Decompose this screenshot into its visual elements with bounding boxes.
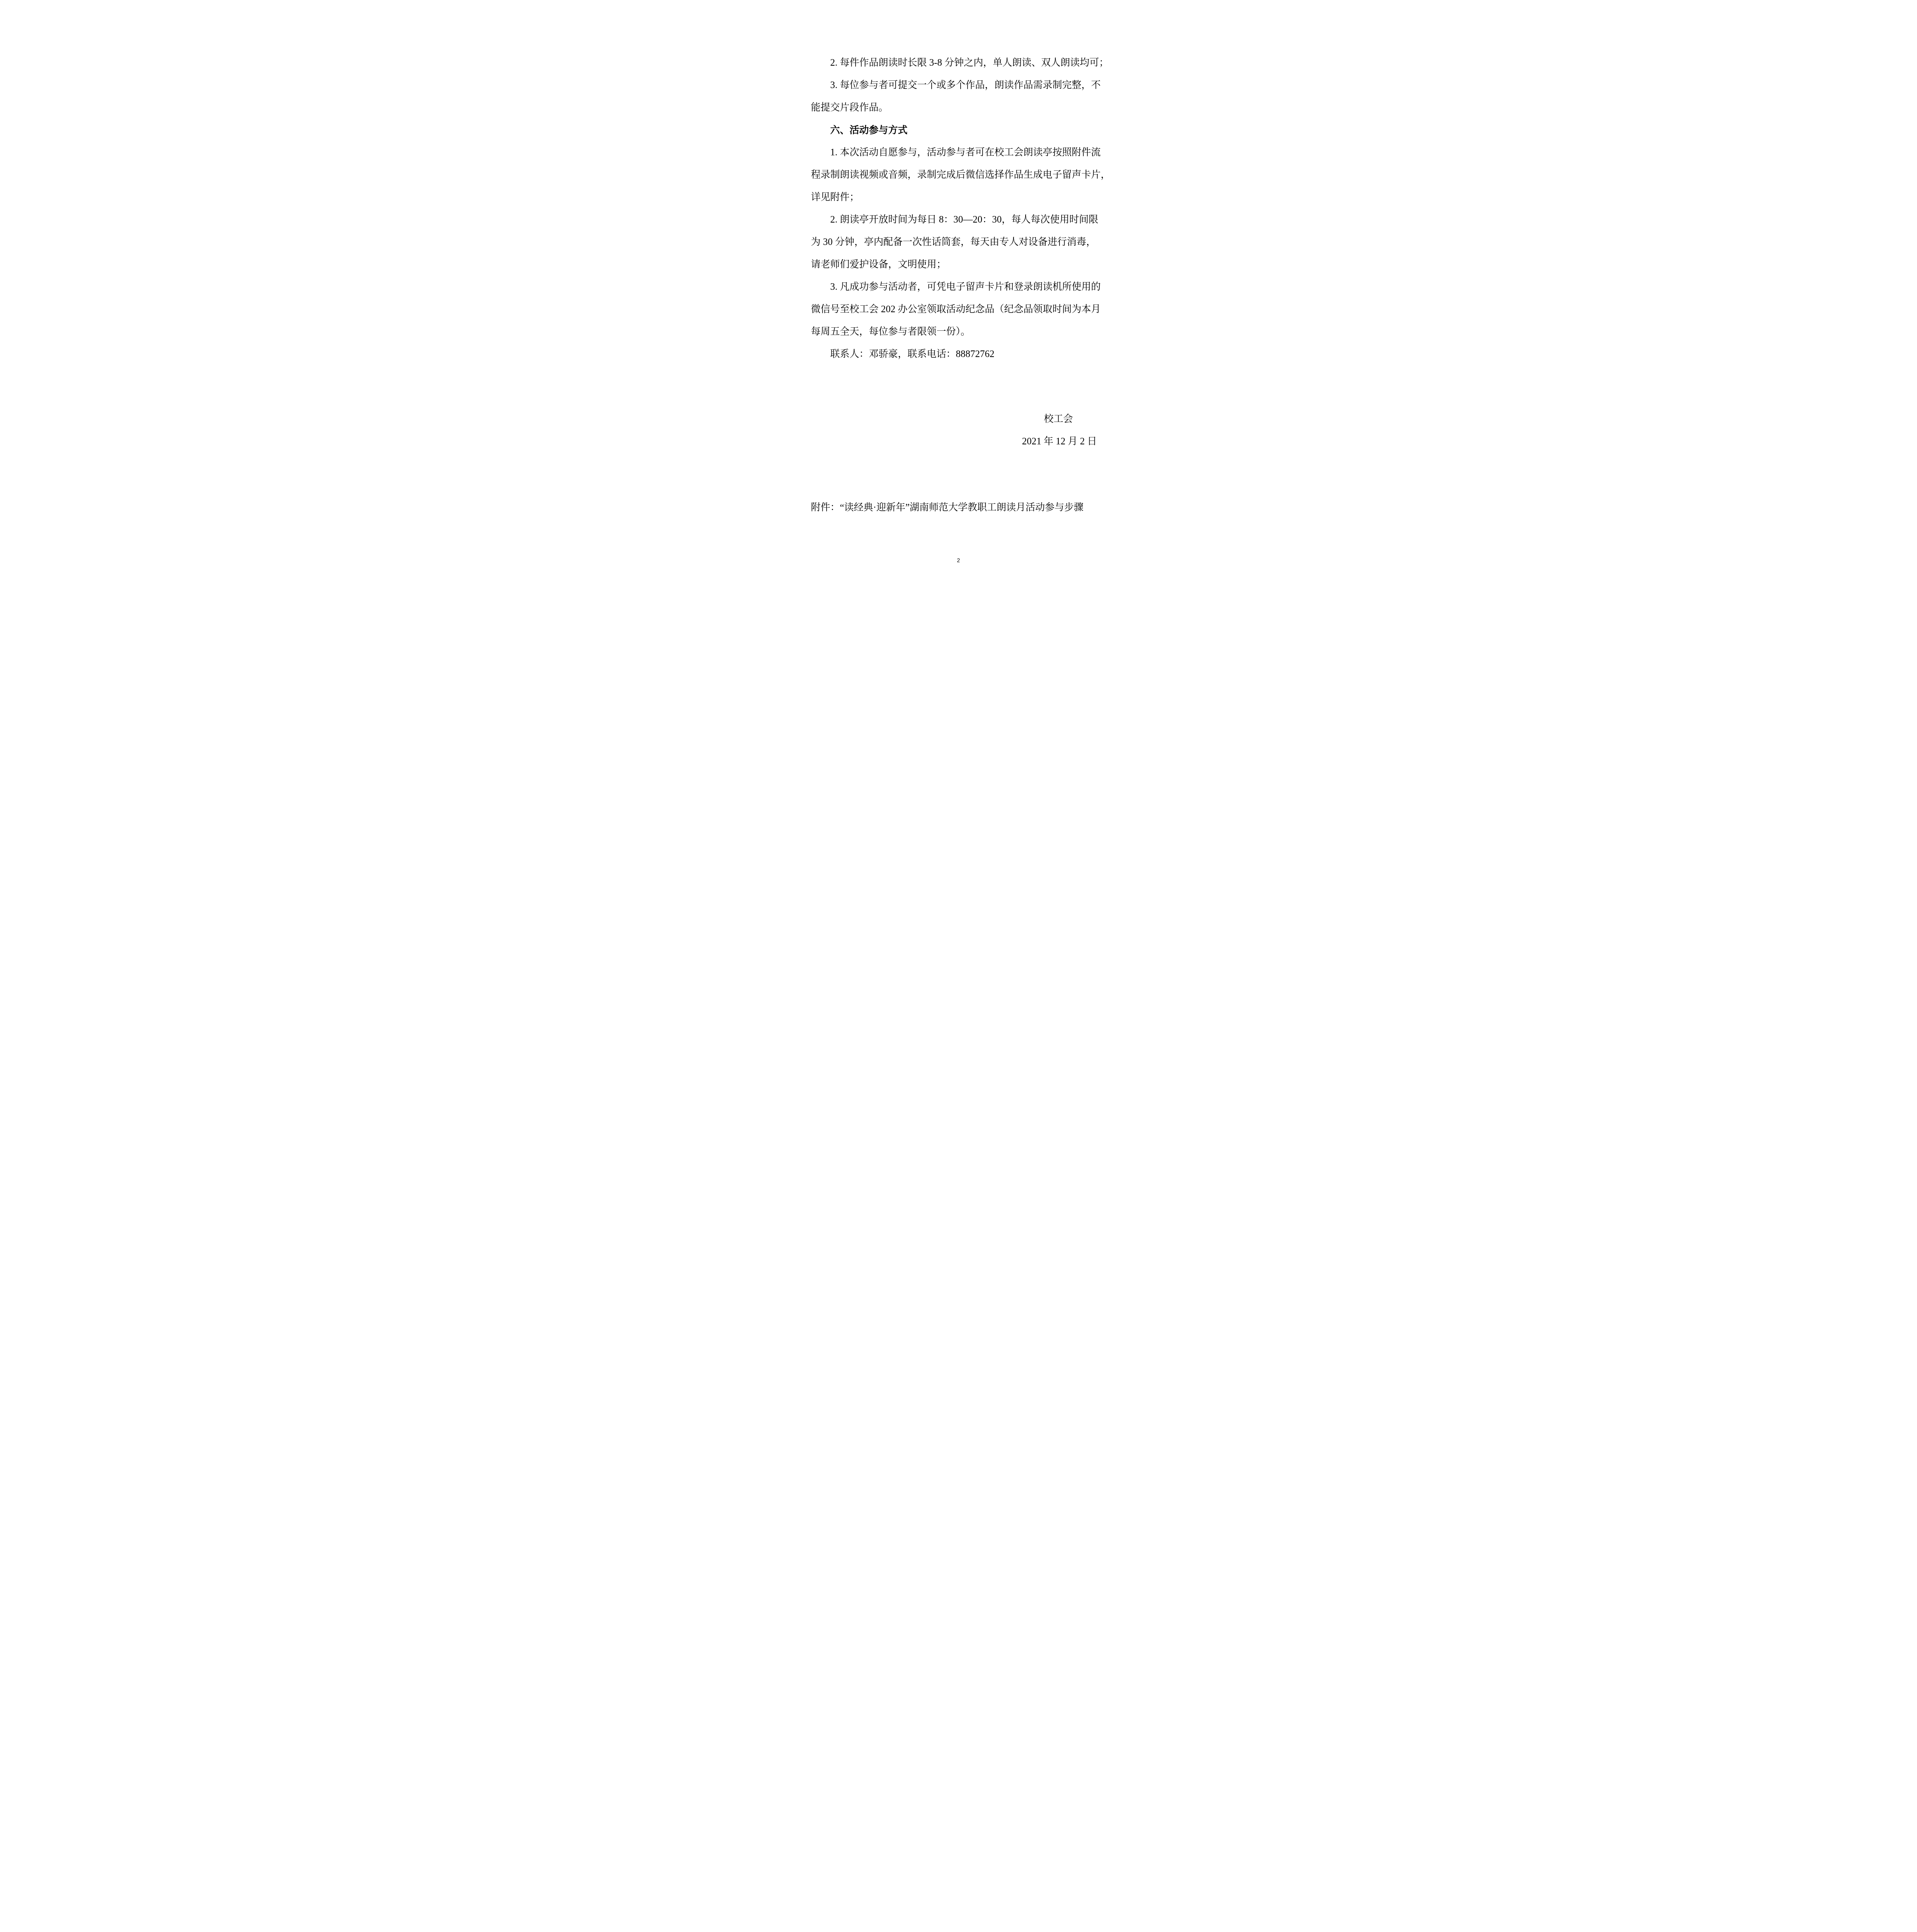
- document-page: 2. 每件作品朗读时长限 3-8 分钟之内，单人朗读、双人朗读均可； 3. 每位…: [746, 0, 1171, 601]
- attachment-line: 附件：“读经典·迎新年”湖南师范大学教职工朗读月活动参与步骤: [811, 497, 1113, 519]
- continuation-line: 请老师们爱护设备，文明使用；: [811, 253, 1113, 276]
- continuation-line: 程录制朗读视频或音频，录制完成后微信选择作品生成电子留声卡片，: [811, 164, 1113, 186]
- contact-line: 联系人：邓骄豪，联系电话：88872762: [811, 343, 1113, 366]
- page-number: 2: [746, 556, 1171, 564]
- continuation-line: 详见附件；: [811, 186, 1113, 209]
- list-item-line: 2. 每件作品朗读时长限 3-8 分钟之内，单人朗读、双人朗读均可；: [811, 52, 1113, 74]
- vertical-spacer: [811, 366, 1113, 408]
- list-item-line: 2. 朗读亭开放时间为每日 8：30—20：30，每人每次使用时间限: [811, 209, 1113, 231]
- list-item-line: 3. 每位参与者可提交一个或多个作品，朗读作品需录制完整，不: [811, 74, 1113, 97]
- list-item-line: 3. 凡成功参与活动者，可凭电子留声卡片和登录朗读机所使用的: [811, 276, 1113, 298]
- continuation-line: 为 30 分钟，亭内配备一次性话筒套，每天由专人对设备进行消毒，: [811, 231, 1113, 253]
- section-heading: 六、活动参与方式: [811, 119, 1113, 141]
- signature-organization: 校工会: [811, 408, 1113, 430]
- vertical-spacer: [811, 453, 1113, 497]
- document-body: 2. 每件作品朗读时长限 3-8 分钟之内，单人朗读、双人朗读均可； 3. 每位…: [811, 52, 1113, 519]
- list-item-line: 1. 本次活动自愿参与，活动参与者可在校工会朗读亭按照附件流: [811, 141, 1113, 164]
- continuation-line: 微信号至校工会 202 办公室领取活动纪念品（纪念品领取时间为本月: [811, 298, 1113, 321]
- continuation-line: 每周五全天，每位参与者限领一份）。: [811, 321, 1113, 343]
- continuation-line: 能提交片段作品。: [811, 97, 1113, 119]
- signature-date: 2021 年 12 月 2 日: [811, 430, 1113, 453]
